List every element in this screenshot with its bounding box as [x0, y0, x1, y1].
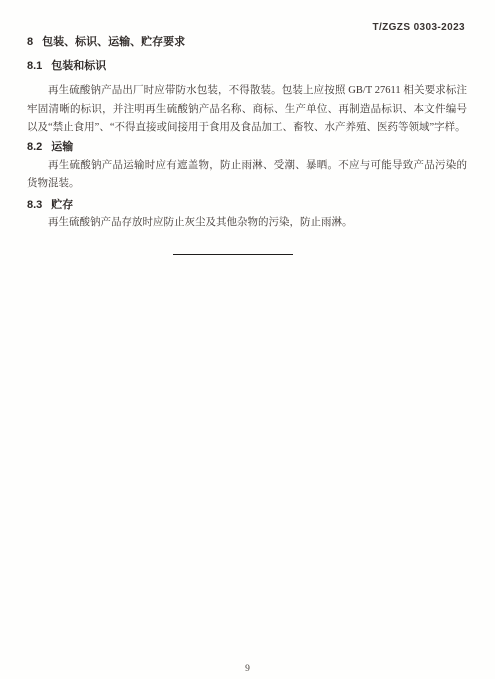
document-code: T/ZGZS 0303-2023	[372, 23, 465, 33]
document-content: 8包装、标识、运输、贮存要求 8.1包装和标识 再生硫酸钠产品出厂时应带防水包装…	[27, 37, 467, 233]
section-8-3-paragraph: 再生硫酸钠产品存放时应防止灰尘及其他杂物的污染，防止雨淋。	[27, 214, 467, 233]
section-8-2-number: 8.2	[27, 141, 42, 153]
section-8-1-number: 8.1	[27, 60, 42, 72]
section-8-title: 包装、标识、运输、贮存要求	[42, 36, 185, 48]
section-8-3-number: 8.3	[27, 199, 42, 211]
section-8-2-paragraph: 再生硫酸钠产品运输时应有遮盖物，防止雨淋、受潮、暴晒。不应与可能导致产品污染的货…	[27, 157, 467, 194]
section-8-1-title: 包装和标识	[51, 60, 106, 72]
document-page: T/ZGZS 0303-2023 8包装、标识、运输、贮存要求 8.1包装和标识…	[0, 0, 495, 679]
section-8-1-paragraph: 再生硫酸钠产品出厂时应带防水包装，不得散装。包装上应按照 GB/T 27611 …	[27, 82, 467, 138]
end-of-document-rule	[173, 254, 293, 255]
section-8-1-heading: 8.1包装和标识	[27, 61, 467, 72]
section-8-3-title: 贮存	[51, 199, 73, 211]
section-8-2-title: 运输	[51, 141, 73, 153]
page-number: 9	[0, 664, 495, 674]
section-8-3-heading: 8.3贮存	[27, 200, 467, 211]
section-8-number: 8	[27, 36, 33, 48]
section-8-2-heading: 8.2运输	[27, 142, 467, 153]
section-8-heading: 8包装、标识、运输、贮存要求	[27, 37, 467, 48]
